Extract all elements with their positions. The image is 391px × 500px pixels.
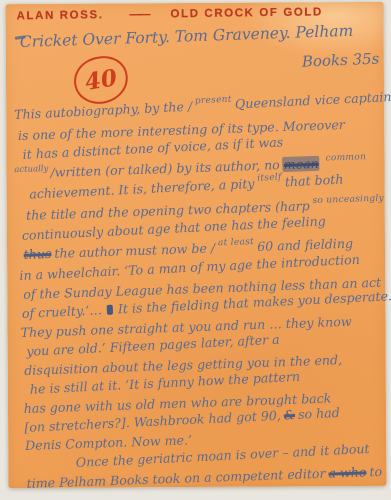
line-text: of cruelty.’…: [22, 302, 103, 321]
book-title-line: Cricket Over Forty. Tom Graveney. Pelham: [20, 21, 378, 51]
manuscript-body: This autobiography, by the /presentQueen…: [12, 92, 389, 494]
word-insertion: present: [195, 95, 232, 107]
header-dash: ——: [129, 9, 148, 21]
word-insertion: itself: [257, 172, 282, 183]
margin-insertion: actually: [14, 164, 48, 175]
grade-mark: 40: [71, 53, 132, 108]
line-text: to: [369, 464, 382, 479]
publisher-price-line: Books 35s: [302, 50, 380, 71]
word-insertion: common: [325, 152, 366, 163]
struck-word: mean: [282, 156, 320, 172]
word-insertion: so unceasingly: [312, 193, 384, 205]
line-text: time Pelham Books took on a competent ed…: [26, 466, 325, 491]
word-insertion: at least: [218, 237, 254, 248]
review-title: OLD CROCK OF GOLD: [170, 6, 323, 20]
red-header: ALAN ROSS. —— OLD CROCK OF GOLD: [17, 6, 377, 23]
struck-word: thus: [23, 246, 51, 262]
ink-blot: [107, 305, 113, 315]
grade-value: 40: [83, 64, 119, 96]
line-text: that both: [284, 171, 343, 189]
scan-background: ALAN ROSS. —— OLD CROCK OF GOLD Cricket …: [0, 0, 391, 500]
reviewer-name: ALAN ROSS.: [17, 9, 104, 22]
line-text: This autobiography, by the /: [14, 99, 193, 123]
manuscript-paper: ALAN ROSS. —— OLD CROCK OF GOLD Cricket …: [6, 2, 387, 488]
struck-word: &: [283, 406, 295, 422]
line-text: Queensland vice captain,: [235, 89, 391, 112]
struck-word: a who: [328, 465, 366, 481]
line-text: so had: [298, 404, 340, 421]
